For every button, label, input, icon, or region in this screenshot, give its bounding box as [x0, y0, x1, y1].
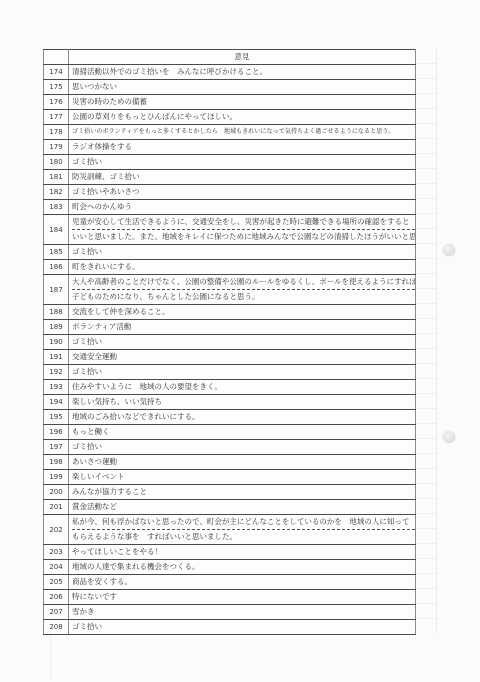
table-row: 206特にないです — [44, 590, 416, 605]
table-row: 185ゴミ拾い — [44, 245, 416, 260]
table-row: 174清掃活動以外でのゴミ拾いを みんなに呼びかけること。 — [44, 65, 416, 80]
table-row: 186町をきれいにする。 — [44, 260, 416, 275]
row-opinion-line-2: もらえるような事を すればいいと思いました。 — [72, 530, 415, 544]
table-row-double: 187 大人や高齢者のことだけでなく、公園の整備や公園のルールをゆるくし、ボール… — [44, 275, 416, 305]
row-number: 195 — [44, 410, 69, 425]
punch-hole-bottom — [443, 431, 455, 443]
row-number: 197 — [44, 440, 69, 455]
table-row: 193住みやすいように 地域の人の要望をきく。 — [44, 380, 416, 395]
row-number: 179 — [44, 140, 69, 155]
row-number: 191 — [44, 350, 69, 365]
row-number: 187 — [44, 275, 69, 305]
back-page-show-through-line — [50, 634, 51, 680]
header-number-cell — [44, 50, 69, 65]
punch-hole-top — [443, 244, 455, 256]
row-number: 193 — [44, 380, 69, 395]
table-row: 177公園の草刈りをもっとひんぱんにやってほしい。 — [44, 110, 416, 125]
row-opinion: 児童が安心して生活できるように、交通安全をし、災害が起きた時に避難できる場所の確… — [69, 215, 416, 245]
row-opinion: みんなが協力すること — [69, 485, 416, 500]
table-row: 197ゴミ拾い — [44, 440, 416, 455]
row-opinion: ゴミ拾いやあいさつ — [69, 185, 416, 200]
row-opinion: やってほしいことをやる！ — [69, 545, 416, 560]
table-row: 191交通安全運動 — [44, 350, 416, 365]
row-number: 182 — [44, 185, 69, 200]
table-row: 178ゴミ拾いのボランティアをもっと多くするとかしたら 地域もきれいになって気持… — [44, 125, 416, 140]
row-opinion: ボランティア活動 — [69, 320, 416, 335]
row-number: 207 — [44, 605, 69, 620]
row-opinion-line-2: 子どものためになり、ちゃんとした公園になると思う。 — [72, 290, 415, 304]
row-opinion: 公園の草刈りをもっとひんぱんにやってほしい。 — [69, 110, 416, 125]
row-number: 174 — [44, 65, 69, 80]
table-row: 208ゴミ拾い — [44, 620, 416, 635]
table-row: 179ラジオ体操をする — [44, 140, 416, 155]
row-opinion: ラジオ体操をする — [69, 140, 416, 155]
table-row: 198あいさつ運動 — [44, 455, 416, 470]
table-row: 194楽しい気持ち、いい気持ち — [44, 395, 416, 410]
row-opinion: 楽しい気持ち、いい気持ち — [69, 395, 416, 410]
table-row: 189ボランティア活動 — [44, 320, 416, 335]
table-row: 175思いつかない — [44, 80, 416, 95]
row-opinion: 地域のごみ拾いなどできれいにする。 — [69, 410, 416, 425]
table-row: 205商品を安くする。 — [44, 575, 416, 590]
table-row-double: 184 児童が安心して生活できるように、交通安全をし、災害が起きた時に避難できる… — [44, 215, 416, 245]
row-opinion: 清掃活動以外でのゴミ拾いを みんなに呼びかけること。 — [69, 65, 416, 80]
row-number: 201 — [44, 500, 69, 515]
row-number: 177 — [44, 110, 69, 125]
header-opinion-cell: 意見 — [69, 50, 416, 65]
row-opinion: ゴミ拾い — [69, 620, 416, 635]
table-row: 176災害の時のための備蓄 — [44, 95, 416, 110]
table-row: 200みんなが協力すること — [44, 485, 416, 500]
row-opinion: 防災訓練、ゴミ拾い — [69, 170, 416, 185]
row-opinion: 楽しいイベント — [69, 470, 416, 485]
row-opinion-line-1: 大人や高齢者のことだけでなく、公園の整備や公園のルールをゆるくし、ボールを使える… — [72, 275, 415, 290]
table-row: 180ゴミ拾い — [44, 155, 416, 170]
row-number: 188 — [44, 305, 69, 320]
table-row: 207雪かき — [44, 605, 416, 620]
row-number: 208 — [44, 620, 69, 635]
row-number: 183 — [44, 200, 69, 215]
row-opinion: 大人や高齢者のことだけでなく、公園の整備や公園のルールをゆるくし、ボールを使える… — [69, 275, 416, 305]
row-opinion-line-1: 私が今、何も浮かばないと思ったので、町会が主にどんなことをしているのかを 地域の… — [72, 515, 415, 530]
row-number: 200 — [44, 485, 69, 500]
table-row-double: 202 私が今、何も浮かばないと思ったので、町会が主にどんなことをしているのかを… — [44, 515, 416, 545]
row-number: 196 — [44, 425, 69, 440]
back-page-show-through — [416, 49, 437, 633]
row-opinion: 町をきれいにする。 — [69, 260, 416, 275]
row-number: 203 — [44, 545, 69, 560]
row-opinion: 地域の人達で集まれる機会をつくる。 — [69, 560, 416, 575]
table-header-row: 意見 — [44, 50, 416, 65]
row-opinion: ゴミ拾い — [69, 440, 416, 455]
table-row: 183町会へのかんゆう — [44, 200, 416, 215]
row-opinion: 住みやすいように 地域の人の要望をきく。 — [69, 380, 416, 395]
row-number: 181 — [44, 170, 69, 185]
table-row: 182ゴミ拾いやあいさつ — [44, 185, 416, 200]
row-number: 204 — [44, 560, 69, 575]
row-opinion: 私が今、何も浮かばないと思ったので、町会が主にどんなことをしているのかを 地域の… — [69, 515, 416, 545]
row-opinion: 交流をして仲を深めること。 — [69, 305, 416, 320]
row-number: 189 — [44, 320, 69, 335]
table-row: 204地域の人達で集まれる機会をつくる。 — [44, 560, 416, 575]
row-opinion: 思いつかない — [69, 80, 416, 95]
row-number: 202 — [44, 515, 69, 545]
row-opinion: もっと働く — [69, 425, 416, 440]
row-opinion: 交通安全運動 — [69, 350, 416, 365]
row-number: 198 — [44, 455, 69, 470]
table-row: 192ゴミ拾い — [44, 365, 416, 380]
opinions-table: 意見 174清掃活動以外でのゴミ拾いを みんなに呼びかけること。 175思いつか… — [43, 49, 416, 635]
table-row: 201賞金活動など — [44, 500, 416, 515]
row-number: 190 — [44, 335, 69, 350]
table-row: 181防災訓練、ゴミ拾い — [44, 170, 416, 185]
row-opinion: ゴミ拾い — [69, 155, 416, 170]
row-number: 185 — [44, 245, 69, 260]
row-number: 199 — [44, 470, 69, 485]
row-opinion: 災害の時のための備蓄 — [69, 95, 416, 110]
row-number: 192 — [44, 365, 69, 380]
table-row: 188交流をして仲を深めること。 — [44, 305, 416, 320]
row-opinion: 商品を安くする。 — [69, 575, 416, 590]
row-number: 180 — [44, 155, 69, 170]
row-number: 186 — [44, 260, 69, 275]
row-number: 175 — [44, 80, 69, 95]
row-opinion: 賞金活動など — [69, 500, 416, 515]
row-number: 205 — [44, 575, 69, 590]
table-row: 195地域のごみ拾いなどできれいにする。 — [44, 410, 416, 425]
table-row: 190ゴミ拾い — [44, 335, 416, 350]
row-opinion: 特にないです — [69, 590, 416, 605]
row-number: 206 — [44, 590, 69, 605]
table-row: 196もっと働く — [44, 425, 416, 440]
table-row: 203やってほしいことをやる！ — [44, 545, 416, 560]
row-opinion-line-2: いいと思いました。また、地域をキレイに保つために地域みんなで公園などの清掃したほ… — [72, 230, 415, 244]
row-number: 176 — [44, 95, 69, 110]
row-opinion: ゴミ拾い — [69, 365, 416, 380]
row-opinion: あいさつ運動 — [69, 455, 416, 470]
row-number: 184 — [44, 215, 69, 245]
row-opinion: ゴミ拾い — [69, 335, 416, 350]
row-opinion: 雪かき — [69, 605, 416, 620]
row-opinion: ゴミ拾い — [69, 245, 416, 260]
row-number: 178 — [44, 125, 69, 140]
row-opinion: 町会へのかんゆう — [69, 200, 416, 215]
table-row: 199楽しいイベント — [44, 470, 416, 485]
row-opinion-line-1: 児童が安心して生活できるように、交通安全をし、災害が起きた時に避難できる場所の確… — [72, 215, 415, 230]
row-number: 194 — [44, 395, 69, 410]
row-opinion: ゴミ拾いのボランティアをもっと多くするとかしたら 地域もきれいになって気持ちよく… — [69, 125, 416, 140]
